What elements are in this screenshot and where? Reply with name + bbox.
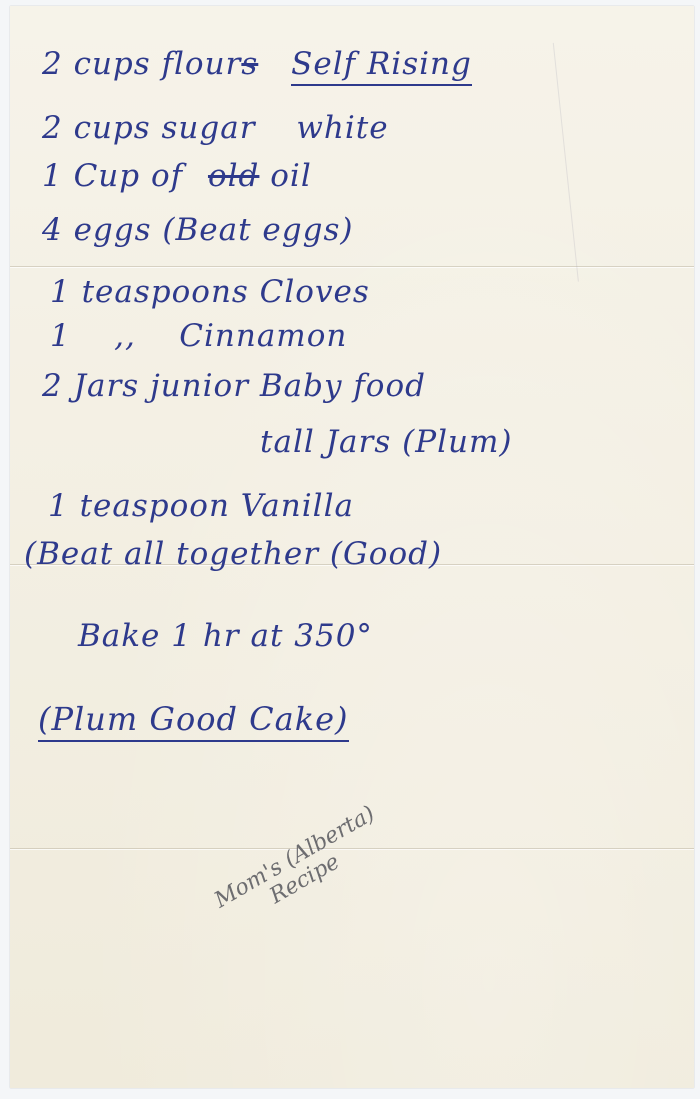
ingredient-cinnamon: 1 ,, Cinnamon bbox=[50, 318, 347, 354]
instruction-bake: Bake 1 hr at 350° bbox=[78, 618, 373, 654]
bleed-through-writing bbox=[553, 30, 698, 281]
ingredient-baby-food: 2 Jars junior Baby food bbox=[42, 368, 426, 404]
instruction-beat: (Beat all together (Good) bbox=[24, 536, 442, 572]
ingredient-eggs: 4 eggs (Beat eggs) bbox=[42, 212, 353, 248]
ingredient-vanilla: 1 teaspoon Vanilla bbox=[48, 488, 354, 524]
ingredient-oil: 1 Cup of old oil bbox=[42, 158, 312, 194]
recipe-paper: 2 cups flours Self Rising 2 cups sugar w… bbox=[10, 6, 694, 1088]
ingredient-sugar: 2 cups sugar white bbox=[42, 110, 389, 146]
ingredient-flour: 2 cups flours Self Rising bbox=[42, 46, 472, 82]
recipe-title: (Plum Good Cake) bbox=[38, 700, 349, 742]
attribution-note: Mom's (Alberta) Recipe bbox=[211, 802, 392, 934]
ingredient-jar-size: tall Jars (Plum) bbox=[260, 424, 512, 460]
ingredient-cloves: 1 teaspoons Cloves bbox=[50, 274, 370, 310]
